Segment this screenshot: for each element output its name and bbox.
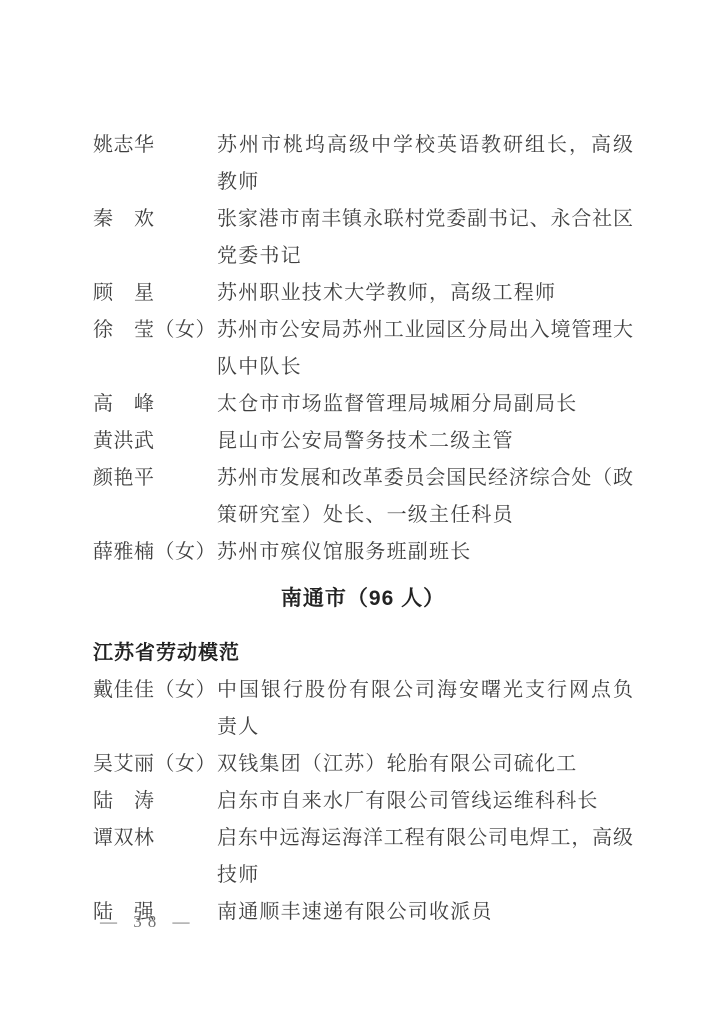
description-column: 苏州市桃坞高级中学校英语教研组长，高级 教师 — [217, 127, 633, 201]
person-name: 黄洪武 — [93, 423, 217, 460]
person-title-line: 策研究室）处长、一级主任科员 — [217, 497, 633, 534]
person-title-line: 昆山市公安局警务技术二级主管 — [217, 423, 633, 460]
person-title-line: 技师 — [217, 857, 633, 894]
entry-list-suzhou: 姚志华 苏州市桃坞高级中学校英语教研组长，高级 教师 秦 欢 张家港市南丰镇永联… — [93, 127, 633, 571]
award-category-heading: 江苏省劳动模范 — [93, 634, 633, 672]
person-title-line: 苏州市殡仪馆服务班副班长 — [217, 534, 633, 571]
description-column: 苏州市发展和改革委员会国民经济综合处（政 策研究室）处长、一级主任科员 — [217, 460, 633, 534]
person-name: 谭双林 — [93, 820, 217, 857]
description-column: 昆山市公安局警务技术二级主管 — [217, 423, 633, 460]
list-item: 顾 星 苏州职业技术大学教师，高级工程师 — [93, 275, 633, 312]
person-name: 高 峰 — [93, 386, 217, 423]
person-name: 顾 星 — [93, 275, 217, 312]
person-title-line: 队中队长 — [217, 349, 633, 386]
person-title-line: 党委书记 — [217, 238, 633, 275]
list-item: 姚志华 苏州市桃坞高级中学校英语教研组长，高级 教师 — [93, 127, 633, 201]
description-column: 南通顺丰速递有限公司收派员 — [217, 894, 633, 931]
person-name: 徐 莹（女） — [93, 312, 217, 349]
person-title-line: 苏州市公安局苏州工业园区分局出入境管理大 — [217, 312, 633, 349]
person-title-line: 启东中远海运海洋工程有限公司电焊工，高级 — [217, 820, 633, 857]
description-column: 苏州市殡仪馆服务班副班长 — [217, 534, 633, 571]
description-column: 张家港市南丰镇永联村党委副书记、永合社区 党委书记 — [217, 201, 633, 275]
description-column: 双钱集团（江苏）轮胎有限公司硫化工 — [217, 746, 633, 783]
list-item: 秦 欢 张家港市南丰镇永联村党委副书记、永合社区 党委书记 — [93, 201, 633, 275]
person-name: 秦 欢 — [93, 201, 217, 238]
description-column: 太仓市市场监督管理局城厢分局副局长 — [217, 386, 633, 423]
person-title-line: 双钱集团（江苏）轮胎有限公司硫化工 — [217, 746, 633, 783]
person-name: 姚志华 — [93, 127, 217, 164]
person-title-line: 责人 — [217, 709, 633, 746]
person-title-line: 苏州职业技术大学教师，高级工程师 — [217, 275, 633, 312]
person-title-line: 启东市自来水厂有限公司管线运维科科长 — [217, 783, 633, 820]
city-section-heading: 南通市（96 人） — [93, 580, 633, 618]
person-title-line: 中国银行股份有限公司海安曙光支行网点负 — [217, 672, 633, 709]
person-name: 陆 涛 — [93, 783, 217, 820]
page-content: 姚志华 苏州市桃坞高级中学校英语教研组长，高级 教师 秦 欢 张家港市南丰镇永联… — [93, 127, 633, 931]
description-column: 启东中远海运海洋工程有限公司电焊工，高级 技师 — [217, 820, 633, 894]
list-item: 谭双林 启东中远海运海洋工程有限公司电焊工，高级 技师 — [93, 820, 633, 894]
list-item: 陆 涛 启东市自来水厂有限公司管线运维科科长 — [93, 783, 633, 820]
person-name: 吴艾丽（女） — [93, 746, 217, 783]
description-column: 苏州职业技术大学教师，高级工程师 — [217, 275, 633, 312]
person-title-line: 南通顺丰速递有限公司收派员 — [217, 894, 633, 931]
list-item: 颜艳平 苏州市发展和改革委员会国民经济综合处（政 策研究室）处长、一级主任科员 — [93, 460, 633, 534]
list-item: 徐 莹（女） 苏州市公安局苏州工业园区分局出入境管理大 队中队长 — [93, 312, 633, 386]
list-item: 高 峰 太仓市市场监督管理局城厢分局副局长 — [93, 386, 633, 423]
person-name: 薛雅楠（女） — [93, 534, 217, 571]
person-title-line: 太仓市市场监督管理局城厢分局副局长 — [217, 386, 633, 423]
person-title-line: 张家港市南丰镇永联村党委副书记、永合社区 — [217, 201, 633, 238]
person-name: 戴佳佳（女） — [93, 672, 217, 709]
list-item: 黄洪武 昆山市公安局警务技术二级主管 — [93, 423, 633, 460]
description-column: 中国银行股份有限公司海安曙光支行网点负 责人 — [217, 672, 633, 746]
entry-list-nantong: 戴佳佳（女） 中国银行股份有限公司海安曙光支行网点负 责人 吴艾丽（女） 双钱集… — [93, 672, 633, 931]
list-item: 吴艾丽（女） 双钱集团（江苏）轮胎有限公司硫化工 — [93, 746, 633, 783]
list-item: 薛雅楠（女） 苏州市殡仪馆服务班副班长 — [93, 534, 633, 571]
description-column: 苏州市公安局苏州工业园区分局出入境管理大 队中队长 — [217, 312, 633, 386]
person-name: 颜艳平 — [93, 460, 217, 497]
description-column: 启东市自来水厂有限公司管线运维科科长 — [217, 783, 633, 820]
page-number: — 38 — — [100, 912, 196, 932]
document-page: 姚志华 苏州市桃坞高级中学校英语教研组长，高级 教师 秦 欢 张家港市南丰镇永联… — [0, 0, 720, 1018]
person-title-line: 苏州市桃坞高级中学校英语教研组长，高级 — [217, 127, 633, 164]
list-item: 戴佳佳（女） 中国银行股份有限公司海安曙光支行网点负 责人 — [93, 672, 633, 746]
person-title-line: 苏州市发展和改革委员会国民经济综合处（政 — [217, 460, 633, 497]
person-title-line: 教师 — [217, 164, 633, 201]
